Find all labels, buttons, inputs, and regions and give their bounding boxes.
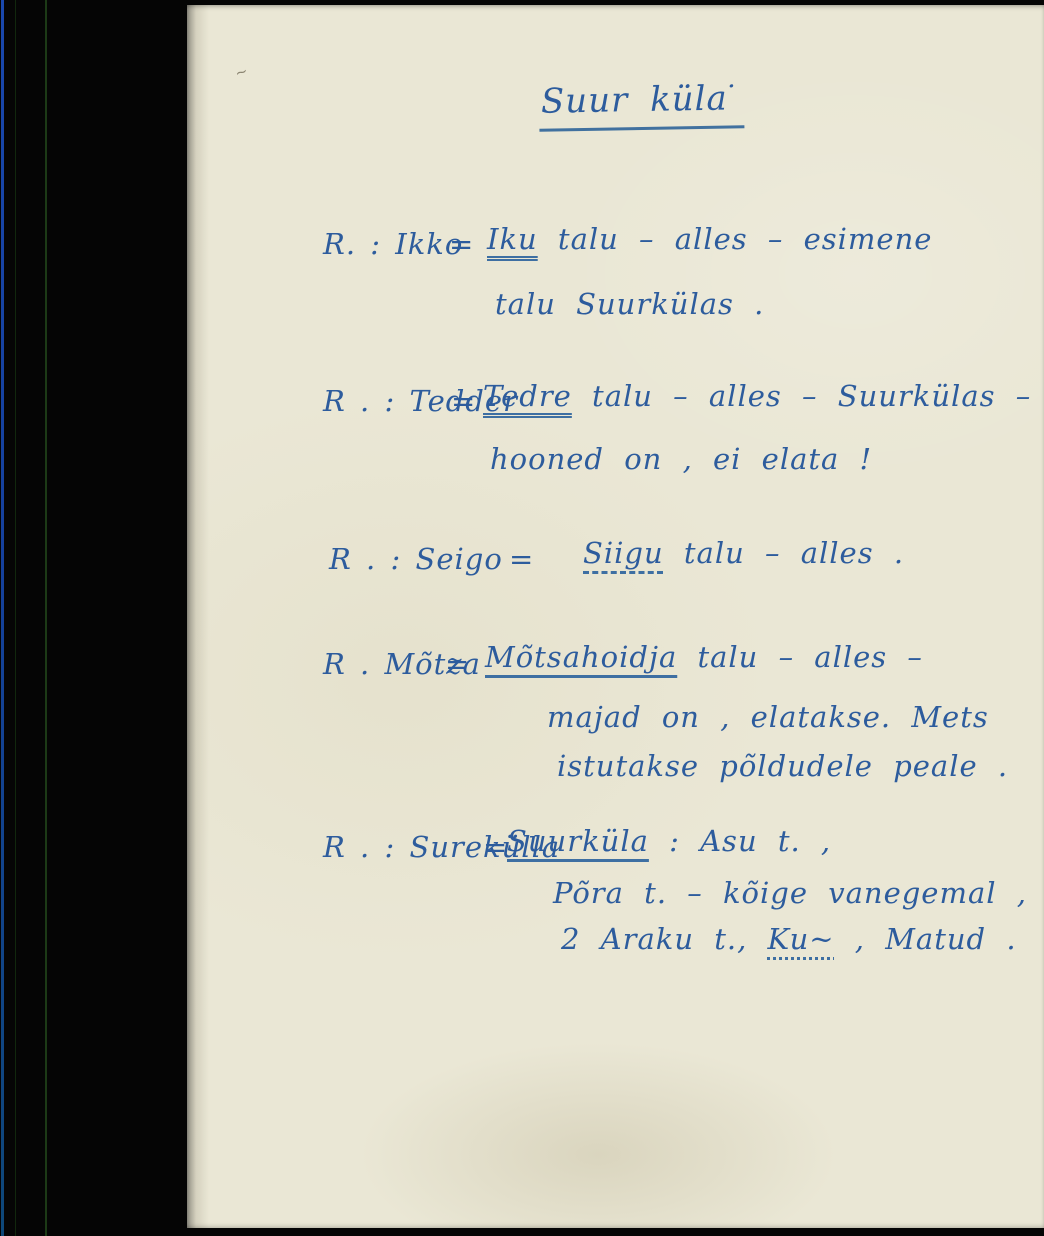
entry-5-line-3-pre: 2 Araku t., xyxy=(561,922,768,956)
entry-5-line-3: 2 Araku t., Ku~ , Matud . xyxy=(561,921,1017,957)
entry-4-line-1: Mõtsahoidja talu – alles – xyxy=(485,639,923,675)
manuscript-page: ~ Suur küla · R. : Ikko = Iku talu – all… xyxy=(187,5,1044,1228)
entry-3-equals: = xyxy=(509,541,534,577)
entry-4-line-2: majad on , elatakse. Mets xyxy=(547,699,989,735)
page-title: Suur küla xyxy=(539,77,745,131)
farm-name-siigu: Siigu xyxy=(583,536,664,570)
entry-3-line-1-rest: talu – alles . xyxy=(664,536,904,570)
entry-1-equals: = xyxy=(449,226,474,262)
entry-5-line-2: Põra t. – kõige vanegemal , xyxy=(553,875,1027,911)
entry-1-label: R. : Ikko xyxy=(323,226,463,262)
entry-1-line-1-rest: talu – alles – esimene xyxy=(538,222,933,256)
film-edge-green-line xyxy=(45,0,47,1236)
scanner-background: ~ Suur küla · R. : Ikko = Iku talu – all… xyxy=(0,0,1044,1236)
entry-2-line-2: hooned on , ei elata ! xyxy=(490,441,872,477)
farm-name-motsahoidja: Mõtsahoidja xyxy=(485,640,677,674)
entry-1-line-1: Iku talu – alles – esimene xyxy=(487,221,932,257)
farm-name-iku: Iku xyxy=(487,222,538,256)
entry-3-label: R . : Seigo xyxy=(329,541,503,577)
entry-5-line-3-post: , Matud . xyxy=(835,922,1017,956)
farm-name-tedre: Tedre xyxy=(483,379,572,413)
pencil-mark: ~ xyxy=(233,61,251,82)
entry-5-line-1-rest: : Asu t. , xyxy=(649,824,831,858)
entry-4-line-3: istutakse põldudele peale . xyxy=(557,748,1008,784)
entry-2-line-1-rest: talu – alles – Suurkülas – xyxy=(572,379,1031,413)
film-edge-blue-stripe xyxy=(1,0,4,1236)
entry-3-line-1: Siigu talu – alles . xyxy=(583,535,904,571)
entry-2-line-1: Tedre talu – alles – Suurkülas – xyxy=(483,378,1031,414)
village-name-suurkula: Suurküla xyxy=(507,824,649,858)
entry-2-equals: = xyxy=(451,383,476,419)
entry-4-equals: = xyxy=(445,646,470,682)
film-edge-faint-line xyxy=(15,0,16,1236)
illegible-word-ku: Ku~ xyxy=(768,922,835,956)
entry-1-line-2: talu Suurkülas . xyxy=(495,286,764,322)
entry-5-equals: = xyxy=(483,829,508,865)
entry-5-line-1: Suurküla : Asu t. , xyxy=(507,823,831,859)
entry-4-line-1-rest: talu – alles – xyxy=(677,640,923,674)
scanned-page-screenshot: { "palette": { "ink": "#2d5c9d", "underl… xyxy=(0,0,1044,1236)
